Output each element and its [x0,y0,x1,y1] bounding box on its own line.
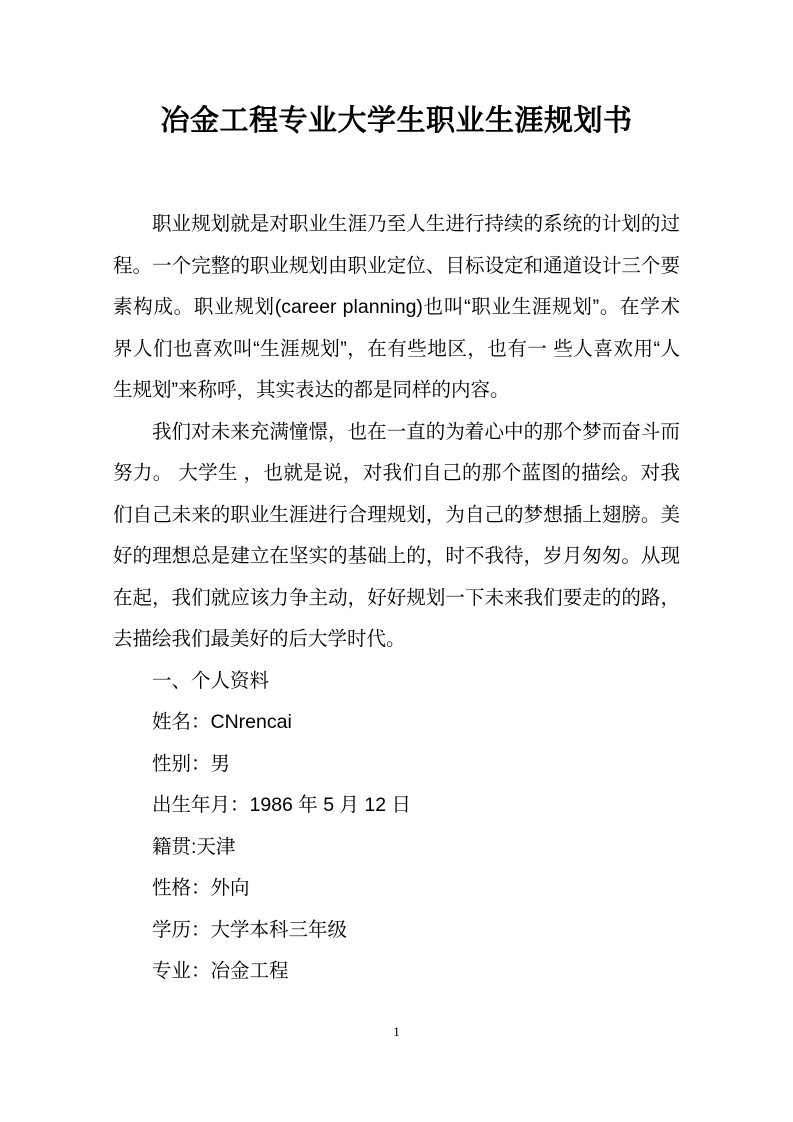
paragraph-future-aspiration: 我们对未来充满憧憬，也在一直的为着心中的那个梦而奋斗而努力。 大学生 ，也就是说… [113,412,680,661]
info-item-education: 学历：大学本科三年级 [113,910,680,952]
page-number: 1 [0,1024,793,1040]
section-heading-personal-info: 一、个人资料 [113,661,680,703]
info-item-hometown: 籍贯:天津 [113,827,680,869]
document-content: 冶金工程专业大学生职业生涯规划书 职业规划就是对职业生涯乃至人生进行持续的系统的… [0,0,793,993]
paragraph-career-planning-definition: 职业规划就是对职业生涯乃至人生进行持续的系统的计划的过程。一个完整的职业规划由职… [113,204,680,412]
info-item-birthdate: 出生年月：1986 年 5 月 12 日 [113,785,680,827]
document-title: 冶金工程专业大学生职业生涯规划书 [113,0,680,142]
info-item-personality: 性格：外向 [113,868,680,910]
info-item-major: 专业：冶金工程 [113,951,680,993]
document-body: 职业规划就是对职业生涯乃至人生进行持续的系统的计划的过程。一个完整的职业规划由职… [113,204,680,993]
info-item-name: 姓名：CNrencai [113,702,680,744]
info-item-gender: 性别：男 [113,744,680,786]
document-page: 冶金工程专业大学生职业生涯规划书 职业规划就是对职业生涯乃至人生进行持续的系统的… [0,0,793,1122]
